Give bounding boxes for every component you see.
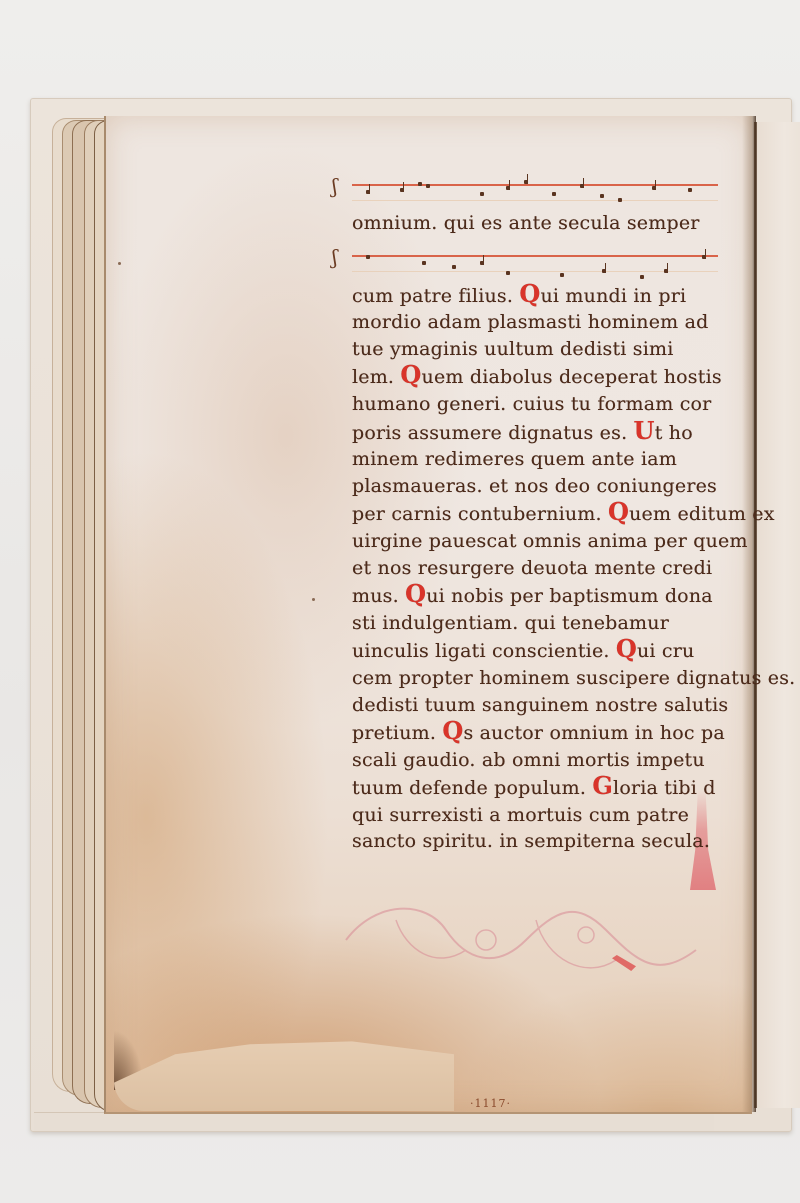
manuscript-line: omnium. qui es ante secula semper: [330, 210, 730, 237]
line-text: sancto spiritu. in sempiterna secula.: [352, 830, 710, 852]
red-initial: Q: [442, 716, 463, 745]
manuscript-line: pretium. Qs auctor omnium in hoc pa: [330, 718, 730, 747]
neume: [552, 192, 556, 196]
folio-number: ·1117·: [470, 1097, 511, 1110]
line-text: s auctor omnium in hoc pa: [463, 722, 724, 744]
neume: [524, 180, 528, 184]
neume: [560, 273, 564, 277]
line-text: mus.: [352, 585, 405, 607]
line-text: humano generi. cuius tu formam cor: [352, 393, 711, 415]
line-text: dedisti tuum sanguinem nostre salutis: [352, 694, 728, 716]
red-initial: Q: [400, 360, 421, 389]
neume: [600, 194, 604, 198]
neume: [418, 182, 422, 186]
line-text: tue ymaginis uultum dedisti simi: [352, 338, 674, 360]
red-initial: G: [592, 771, 613, 800]
neume: [480, 261, 484, 265]
neume: [702, 255, 706, 259]
neume: [664, 269, 668, 273]
music-staff: ʃ: [330, 172, 730, 210]
line-text: poris assumere dignatus es.: [352, 422, 634, 444]
line-text: uem diabolus deceperat hostis: [422, 366, 722, 388]
neume: [426, 184, 430, 188]
red-initial: Q: [616, 634, 637, 663]
manuscript-line: mus. Qui nobis per baptismum dona: [330, 581, 730, 610]
manuscript-line: poris assumere dignatus es. Ut ho: [330, 418, 730, 447]
neume: [602, 269, 606, 273]
manuscript-line: per carnis contubernium. Quem editum ex: [330, 499, 730, 528]
neume: [688, 188, 692, 192]
line-text: uirgine pauescat omnis anima per quem: [352, 530, 748, 552]
manuscript-line: uirgine pauescat omnis anima per quem: [330, 528, 730, 555]
line-text: per carnis contubernium.: [352, 503, 608, 525]
line-text: pretium.: [352, 722, 442, 744]
manuscript-line: tue ymaginis uultum dedisti simi: [330, 336, 730, 363]
line-text: tuum defende populum.: [352, 777, 592, 799]
line-text: omnium. qui es ante secula semper: [352, 212, 700, 234]
neume: [618, 198, 622, 202]
line-text: sti indulgentiam. qui tenebamur: [352, 612, 669, 634]
line-text: lem.: [352, 366, 400, 388]
clef-icon: ʃ: [332, 245, 337, 269]
speck: [312, 598, 315, 601]
manuscript-line: sancto spiritu. in sempiterna secula.: [330, 828, 730, 855]
neume: [400, 188, 404, 192]
neume: [506, 271, 510, 275]
cover-flap: [34, 1112, 714, 1131]
manuscript-line: tuum defende populum. Gloria tibi d: [330, 773, 730, 802]
line-text: plasmaueras. et nos deo coniungeres: [352, 475, 717, 497]
manuscript-line: cem propter hominem suscipere dignatus e…: [330, 665, 730, 692]
manuscript-photo: ʃ omnium. qui es ante secula semper ʃ: [0, 0, 800, 1203]
manuscript-line: mordio adam plasmasti hominem ad: [330, 309, 730, 336]
staff-line-dry: [352, 200, 718, 201]
faded-red-drawing: [336, 880, 736, 1000]
manuscript-line: sti indulgentiam. qui tenebamur: [330, 610, 730, 637]
neume: [452, 265, 456, 269]
line-text: loria tibi d: [613, 777, 716, 799]
gutter-shadow: [742, 116, 756, 1112]
staff-line: [352, 255, 718, 257]
line-text: minem redimeres quem ante iam: [352, 448, 677, 470]
music-staff: ʃ: [330, 243, 730, 281]
line-text: ui mundi in pri: [540, 285, 686, 307]
manuscript-line: scali gaudio. ab omni mortis impetu: [330, 747, 730, 774]
red-initial: Q: [405, 579, 426, 608]
manuscript-line: uinculis ligati conscientie. Qui cru: [330, 636, 730, 665]
manuscript-line: plasmaueras. et nos deo coniungeres: [330, 473, 730, 500]
neume: [422, 261, 426, 265]
line-text: cum patre filius.: [352, 285, 519, 307]
clef-icon: ʃ: [332, 174, 337, 198]
red-initial: Q: [519, 279, 540, 308]
line-text: et nos resurgere deuota mente credi: [352, 557, 712, 579]
line-text: cem propter hominem suscipere dignatus e…: [352, 667, 795, 689]
line-text: ui cru: [637, 640, 695, 662]
staff-line: [352, 184, 718, 186]
line-text: qui surrexisti a mortuis cum patre: [352, 804, 689, 826]
manuscript-line: qui surrexisti a mortuis cum patre: [330, 802, 730, 829]
line-text: mordio adam plasmasti hominem ad: [352, 311, 709, 333]
speck: [118, 262, 121, 265]
red-initial: Q: [608, 497, 629, 526]
manuscript-line: lem. Quem diabolus deceperat hostis: [330, 362, 730, 391]
neume: [366, 255, 370, 259]
neume: [652, 186, 656, 190]
line-text: scali gaudio. ab omni mortis impetu: [352, 749, 705, 771]
line-text: uinculis ligati conscientie.: [352, 640, 616, 662]
neume: [366, 190, 370, 194]
manuscript-line: cum patre filius. Qui mundi in pri: [330, 281, 730, 310]
manuscript-line: dedisti tuum sanguinem nostre salutis: [330, 692, 730, 719]
red-initial: U: [634, 416, 655, 445]
line-text: t ho: [655, 422, 693, 444]
neume: [580, 184, 584, 188]
line-text: uem editum ex: [629, 503, 775, 525]
manuscript-line: humano generi. cuius tu formam cor: [330, 391, 730, 418]
manuscript-line: minem redimeres quem ante iam: [330, 446, 730, 473]
line-text: ui nobis per baptismum dona: [426, 585, 713, 607]
neume: [506, 186, 510, 190]
manuscript-line: et nos resurgere deuota mente credi: [330, 555, 730, 582]
neume: [640, 275, 644, 279]
text-block: ʃ omnium. qui es ante secula semper ʃ: [330, 172, 730, 855]
facing-page: [754, 122, 800, 1108]
neume: [480, 192, 484, 196]
